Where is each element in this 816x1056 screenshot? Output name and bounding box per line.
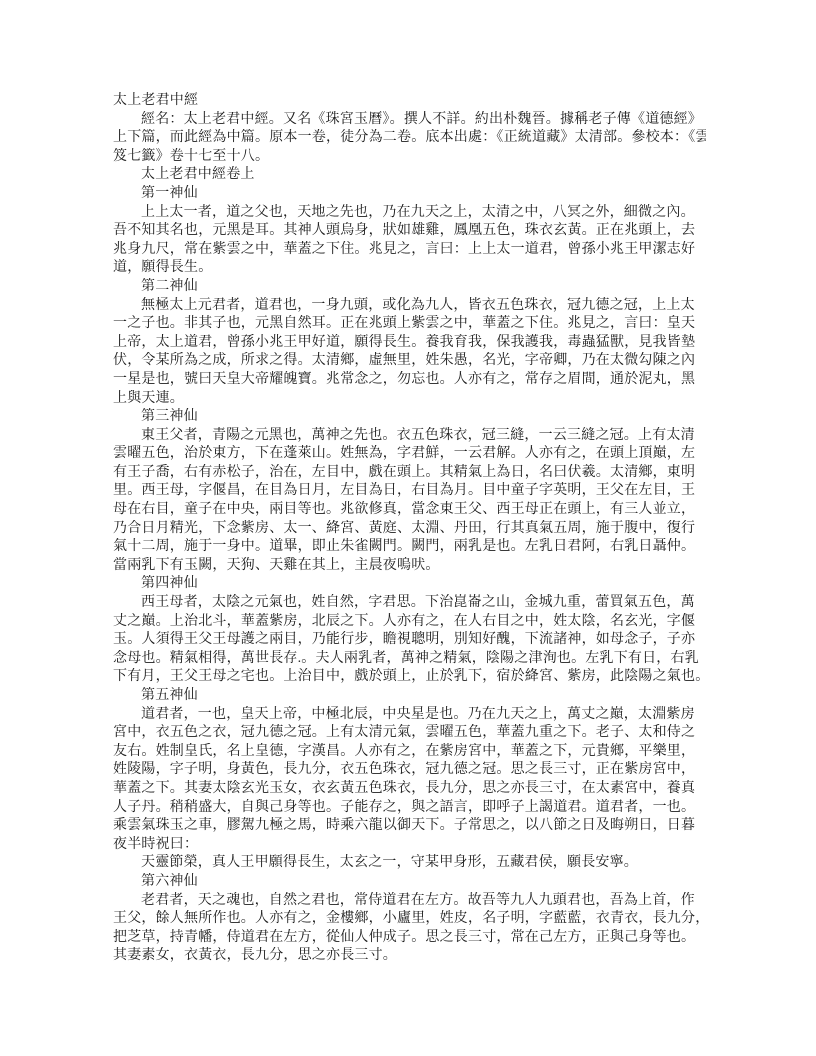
text-line: 玉。人須得王父王母護之兩目，乃能行步，瞻視聰明，別知好醜，下流諸神，如母念子，子… [113,631,706,650]
text-line: 無極太上元君者，道君也，一身九頭，或化為九人，皆衣五色珠衣，冠九德之冠，上上太 [113,297,706,316]
text-line: 一星是也，號曰天皇大帝耀魄寶。兆常念之，勿忘也。人亦有之，常存之眉間，通於泥丸，… [113,371,706,390]
text-line: 華蓋之下。其妻太陰玄光玉女，衣玄黃五色珠衣，長九分，思之亦長三寸，在太素宮中，養… [113,780,706,799]
text-line: 上上太一者，道之父也，天地之先也，乃在九天之上，太清之中，八冥之外，細微之內。 [113,204,706,223]
text-line: 友右。姓制皇氏，名上皇德，字漢昌。人亦有之，在紫房宮中，華蓋之下，元貴鄉，平樂里… [113,743,706,762]
text-line: 老君者，天之魂也，自然之君也，常侍道君在左方。故吾等九人九頭君也，吾為上首，作 [113,892,706,911]
text-line: 下有月，王父王母之宅也。上治目中，戲於頭上，止於乳下，宿於絳宮、紫房，此陰陽之氣… [113,668,706,687]
text-line: 一之子也。非其子也，元黑自然耳。正在兆頭上紫雲之中，華蓋之下住。兆見之，言曰：皇… [113,315,706,334]
text-line: 氣十二周，施于一身中。道畢，即止朱雀闕門。闕門，兩乳是也。左乳日君阿，右乳日聶仲… [113,538,706,557]
text-line: 夜半時祝曰： [113,836,706,855]
text-line: 東王父者，青陽之元黑也，萬神之先也。衣五色珠衣，冠三縫，一云三縫之冠。上有太清 [113,427,706,446]
text-line: 上與天連。 [113,390,706,409]
text-line: 天靈節榮，真人王甲願得長生，太玄之一，守某甲身形，五藏君侯，願長安寧。 [113,854,706,873]
section-heading: 第三神仙 [113,408,706,427]
section-heading: 太上老君中經卷上 [113,166,706,185]
text-line: 把芝草，持青幡，侍道君在左方，從仙人仲成子。思之長三寸，常在己左方，正與己身等也… [113,929,706,948]
text-line: 乘雲氣珠玉之車，膠駕九極之馬，時乘六龍以御天下。子常思之，以八節之日及晦朔日，日… [113,817,706,836]
text-line: 道，願得長生。 [113,259,706,278]
text-line: 兆身九尺，常在紫雲之中，華蓋之下住。兆見之，言曰：上上太一道君，曾孫小兆王甲潔志… [113,241,706,260]
text-line: 道君者，一也，皇天上帝，中極北辰，中央星是也。乃在九天之上，萬丈之巔，太淵紫房 [113,706,706,725]
text-line: 吾不知其名也，元黑是耳。其神人頭烏身，狀如雄雞，鳳凰五色，珠衣玄黃。正在兆頭上，… [113,222,706,241]
text-line: 乃合日月精光，下念紫房、太一、絳宮、黃庭、太淵、丹田，行其真氣五周，施于腹中，復… [113,520,706,539]
section-heading: 第一神仙 [113,185,706,204]
text-line: 姓陵陽，字子明，身黃色，長九分，衣五色珠衣，冠九德之冠。思之長三寸，正在紫房宮中… [113,761,706,780]
text-line: 其妻素女，衣黃衣，長九分，思之亦長三寸。 [113,947,706,966]
text-line: 當兩乳下有玉闕，天狗、天雞在其上，主晨夜嗚吠。 [113,557,706,576]
section-heading: 第六神仙 [113,873,706,892]
text-line: 念母也。精氣相得，萬世長存.。夫人兩乳者，萬神之精氣，陰陽之津洵也。左乳下有日，… [113,650,706,669]
section-heading: 第二神仙 [113,278,706,297]
text-line: 母在右目，童子在中央，兩目等也。兆欲修真，當念東王父、西王母正在頭上，有三人並立… [113,501,706,520]
text-line: 丈之巔。上治北斗，華蓋紫房，北辰之下。人亦有之，在人右目之中，姓太陰，名玄光，字… [113,613,706,632]
text-line: 有王子喬，右有赤松子，治在，左目中，戲在頭上。其精氣上為日，名曰伏羲。太清鄉，東… [113,464,706,483]
text-line: 經名：太上老君中經。又名《珠宮玉曆》。撰人不詳。約出朴魏晉。據稱老子傳《道德經》 [113,111,706,130]
text-line: 雲曜五色，治於東方，下在蓬萊山。姓無為，字君鮮，一云君解。人亦有之，在頭上頂巔，… [113,445,706,464]
text-line: 上下篇，而此經為中篇。原本一卷，徒分為二卷。底本出處：《正統道藏》太清部。參校本… [113,129,706,148]
document-title: 太上老君中經 [113,92,706,111]
text-line: 里。西王母，字偃昌，在目為日月，左目為日，右目為月。目中童子字英明，王父在左目，… [113,482,706,501]
document-body: 太上老君中經經名：太上老君中經。又名《珠宮玉曆》。撰人不詳。約出朴魏晉。據稱老子… [113,92,706,966]
text-line: 伏，令某所為之成，所求之得。太清鄉，虛無里，姓朱愚，名光，字帝卿，乃在太微勾陳之… [113,352,706,371]
text-line: 西王母者，太陰之元氣也，姓自然，字君思。下治崑崙之山，金城九重，蕾買氣五色，萬 [113,594,706,613]
document-page: 太上老君中經經名：太上老君中經。又名《珠宮玉曆》。撰人不詳。約出朴魏晉。據稱老子… [0,0,816,1056]
text-line: 笈七籤》卷十七至十八。 [113,148,706,167]
section-heading: 第五神仙 [113,687,706,706]
section-heading: 第四神仙 [113,575,706,594]
text-line: 人子丹。稍稍盛大，自與己身等也。子能存之，與之語言，即呼子上謁道君。道君者，一也… [113,799,706,818]
text-line: 王父，餘人無所作也。人亦有之，金樓鄉，小廬里，姓皮，名子明，字藍藍，衣青衣，長九… [113,910,706,929]
text-line: 上帝，太上道君，曾孫小兆王甲好道，願得長生。養我育我，保我護我，毒蟲猛獸，見我皆… [113,334,706,353]
text-line: 宮中，衣五色之衣，冠九德之冠。上有太清元氣，雲曜五色，華蓋九重之下。老子、太和侍… [113,724,706,743]
